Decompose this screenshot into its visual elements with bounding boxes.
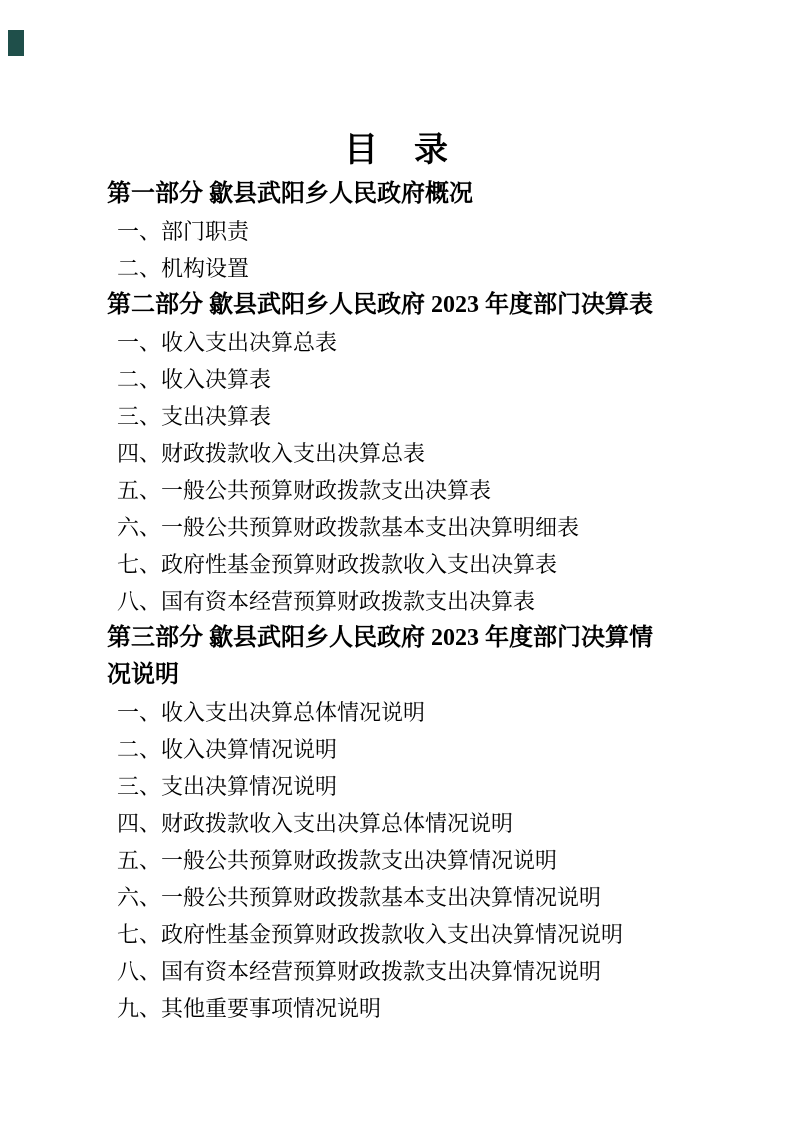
- toc-part-heading: 第一部分 歙县武阳乡人民政府概况: [107, 176, 733, 213]
- toc-item: 八、国有资本经营预算财政拨款支出决算情况说明: [107, 953, 733, 990]
- toc-item: 三、支出决算表: [107, 398, 733, 435]
- toc-item: 五、一般公共预算财政拨款支出决算表: [107, 472, 733, 509]
- toc-item: 六、一般公共预算财政拨款基本支出决算情况说明: [107, 879, 733, 916]
- table-of-contents: 第一部分 歙县武阳乡人民政府概况一、部门职责二、机构设置第二部分 歙县武阳乡人民…: [107, 176, 733, 1027]
- toc-item: 二、收入决算表: [107, 361, 733, 398]
- toc-item: 六、一般公共预算财政拨款基本支出决算明细表: [107, 509, 733, 546]
- toc-item: 二、机构设置: [107, 250, 733, 287]
- toc-item: 三、支出决算情况说明: [107, 768, 733, 805]
- toc-part-heading: 况说明: [107, 657, 733, 694]
- toc-item: 二、收入决算情况说明: [107, 731, 733, 768]
- toc-item: 八、国有资本经营预算财政拨款支出决算表: [107, 583, 733, 620]
- document-page: 目 录 第一部分 歙县武阳乡人民政府概况一、部门职责二、机构设置第二部分 歙县武…: [0, 0, 793, 1122]
- toc-item: 一、收入支出决算总表: [107, 324, 733, 361]
- corner-mark: [8, 30, 24, 56]
- page-title: 目 录: [0, 128, 793, 174]
- toc-item: 七、政府性基金预算财政拨款收入支出决算表: [107, 546, 733, 583]
- toc-item: 四、财政拨款收入支出决算总体情况说明: [107, 805, 733, 842]
- toc-item: 七、政府性基金预算财政拨款收入支出决算情况说明: [107, 916, 733, 953]
- toc-item: 一、部门职责: [107, 213, 733, 250]
- toc-part-heading: 第三部分 歙县武阳乡人民政府 2023 年度部门决算情: [107, 620, 733, 657]
- toc-item: 九、其他重要事项情况说明: [107, 990, 733, 1027]
- toc-part-heading: 第二部分 歙县武阳乡人民政府 2023 年度部门决算表: [107, 287, 733, 324]
- toc-item: 四、财政拨款收入支出决算总表: [107, 435, 733, 472]
- toc-item: 五、一般公共预算财政拨款支出决算情况说明: [107, 842, 733, 879]
- toc-item: 一、收入支出决算总体情况说明: [107, 694, 733, 731]
